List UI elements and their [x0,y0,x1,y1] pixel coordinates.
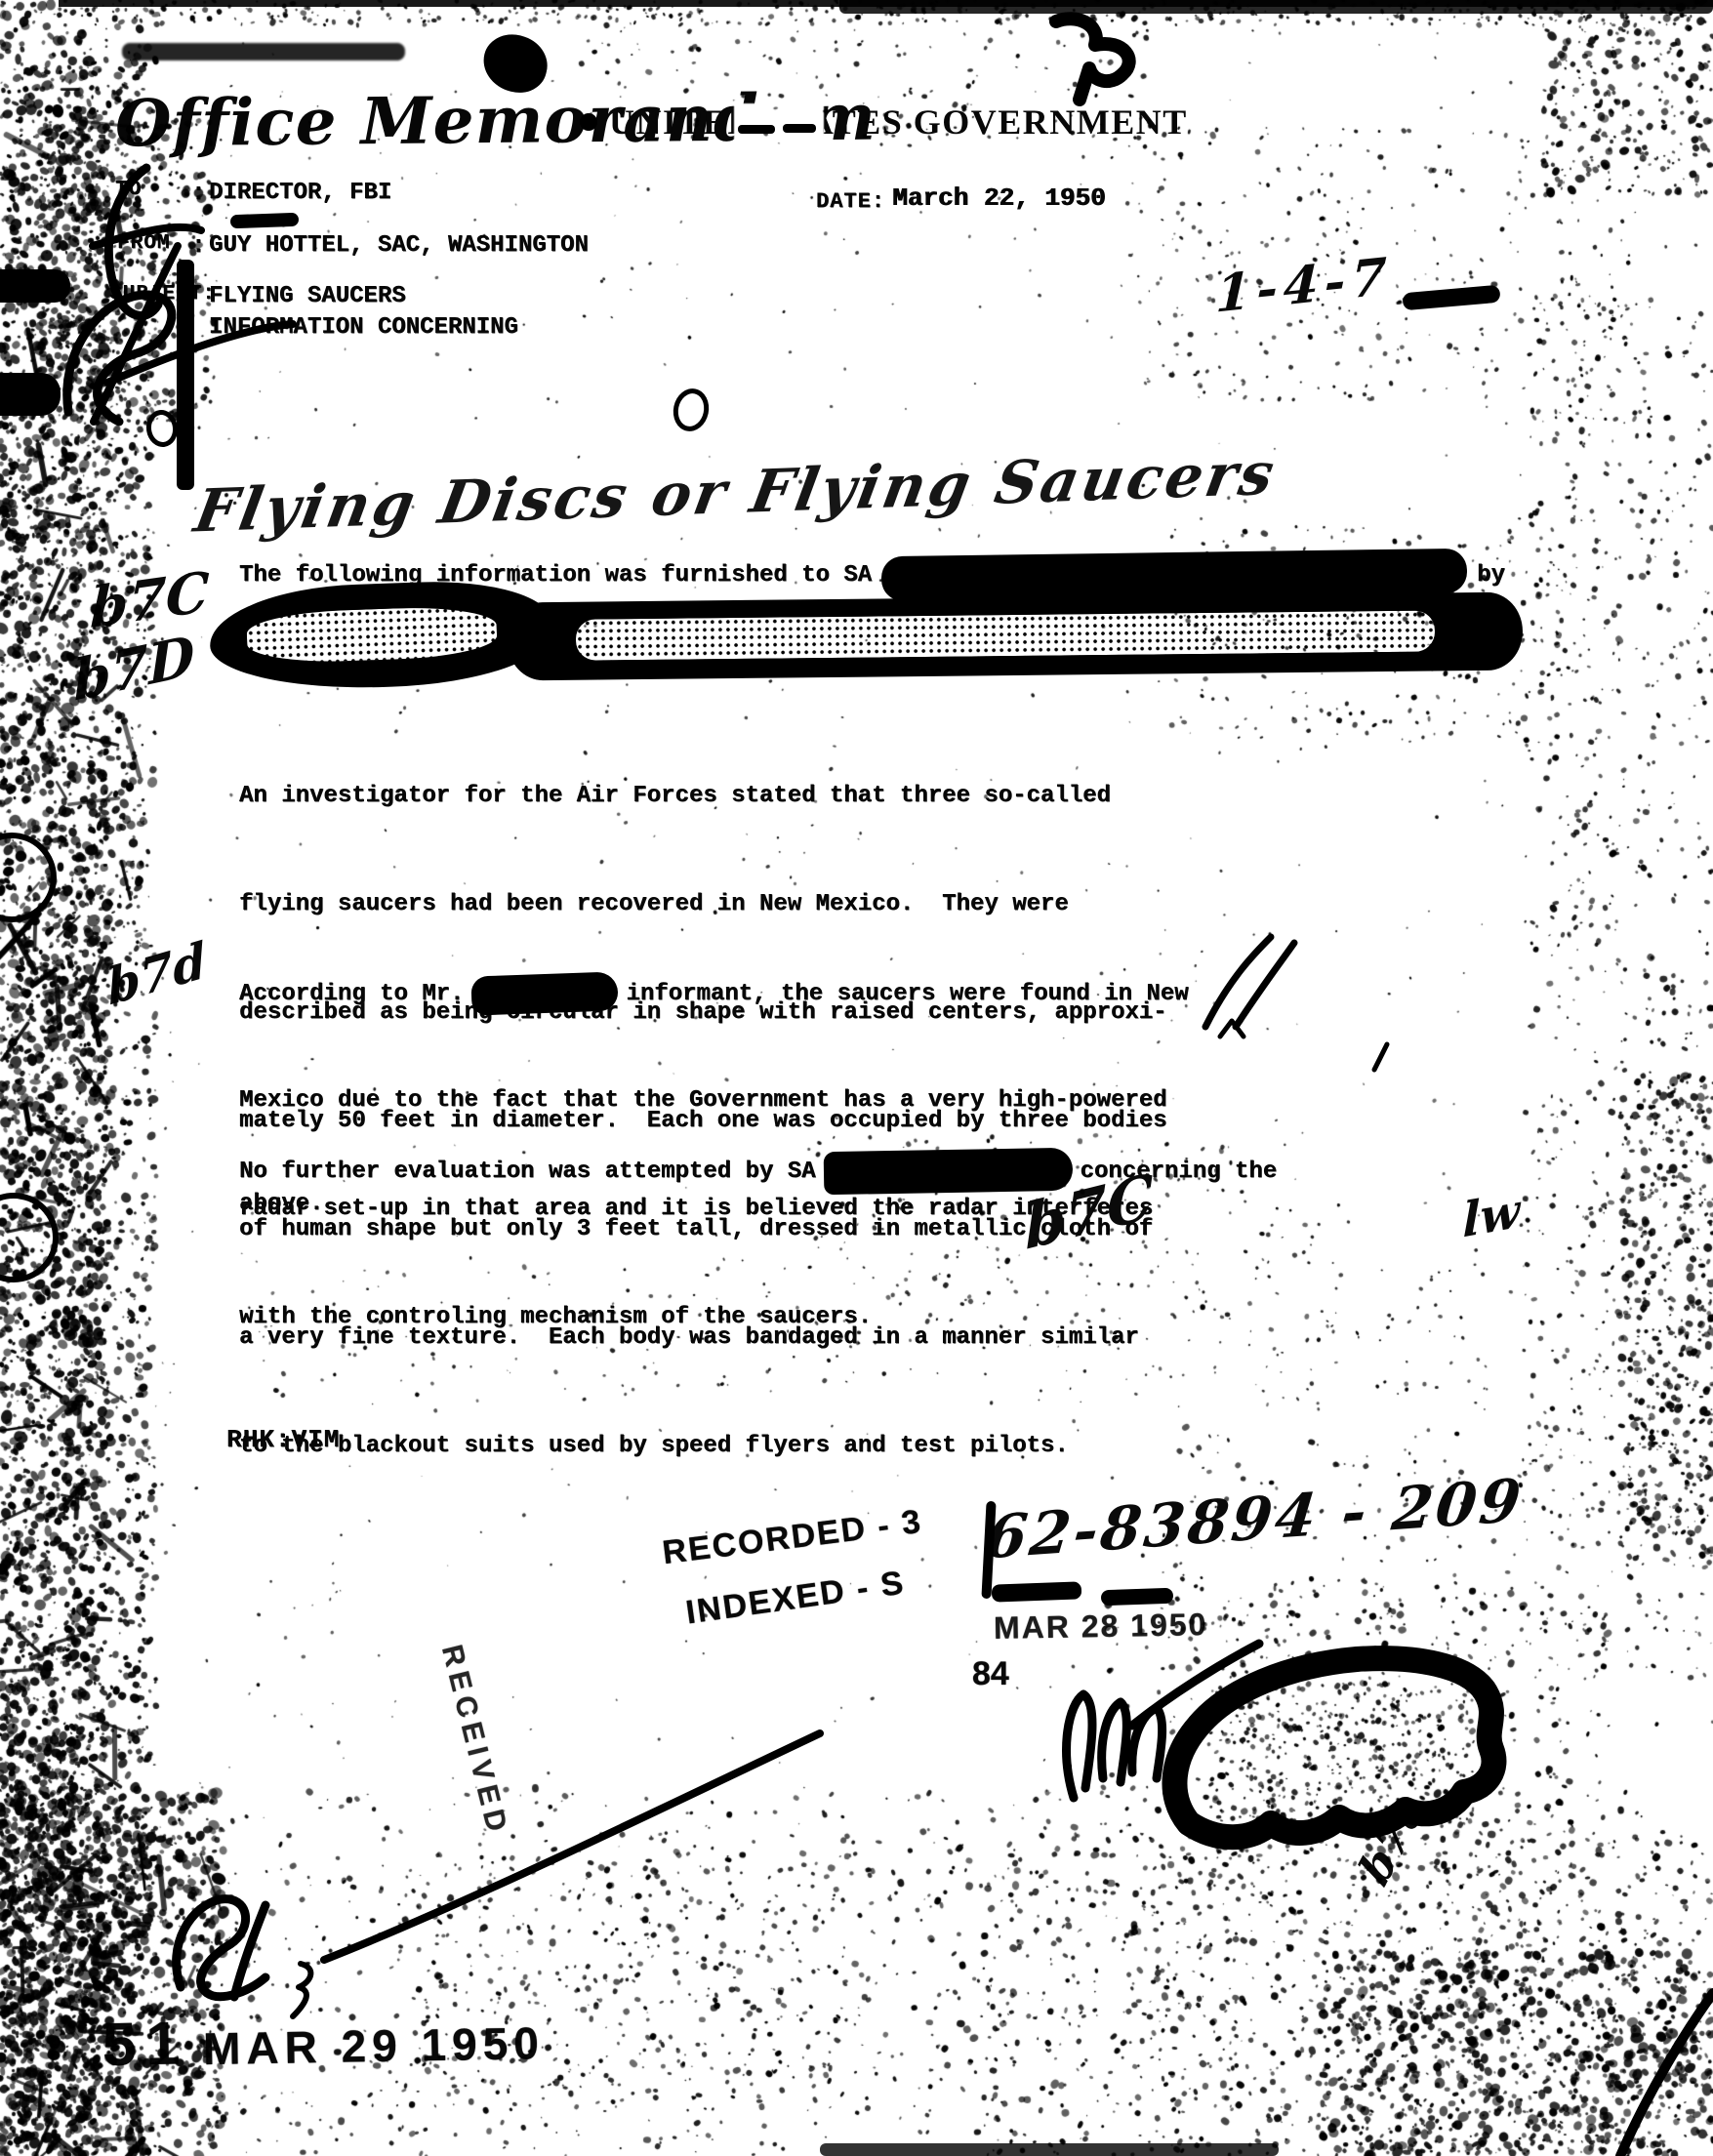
mar28-stamp: MAR 28 1950 [994,1607,1208,1647]
stray-o-mark-2 [144,408,181,449]
to-label: TO [115,179,142,201]
to-value: DIRECTOR, FBI [209,175,391,211]
date-label: DATE: [816,189,885,214]
director-underline [230,213,299,228]
stray-o-mark-1 [670,386,713,435]
blob-code-b7c: b7c [1349,1784,1434,1894]
from-label: FROM [117,232,170,255]
redaction-blob-left-core [246,605,498,665]
para2-before-redaction: According to Mr. [239,976,464,1012]
center-signature [1067,1694,1162,1798]
room-number: 84 [972,1655,1009,1693]
right-initials: lw [1462,1183,1520,1248]
insertion-caret [1220,1021,1244,1037]
smudge-dash-1 [738,125,775,134]
date-value: March 22, 1950 [892,183,1105,213]
redaction-blob-main-core [576,610,1435,660]
intro-text-after: by [1477,557,1505,593]
file-number-underline-2 [1101,1588,1174,1607]
subject-label: SUBJECT: [109,283,216,305]
believed-tick [1374,1044,1387,1070]
saucers-overwrite-scribble [1205,937,1294,1027]
from-value: GUY HOTTEL, SAC, WASHINGTON [209,227,589,264]
smudge-dash-2 [783,124,816,133]
redaction-blob-main [508,592,1524,681]
left-edge-blob-2 [0,373,61,416]
margin-vertical-bar [177,260,194,490]
para2-line4: with the controling mechanism of the sau… [239,1299,1167,1335]
bottom-right-streak [1620,1993,1713,2156]
top-ink-mark [1056,19,1129,100]
bottom-edge-fragment [820,2143,1279,2156]
para1-line2: flying saucers had been recovered in New… [239,886,1167,922]
date-annotation-dash [1402,285,1500,311]
margin-scribble-from-1 [67,295,172,422]
punch-hole-2 [0,1193,59,1282]
from-colon: : [191,228,205,264]
left-edge-blob-1 [0,269,70,303]
signature-upstroke [1132,1644,1259,1726]
form-number-smudge [122,43,405,61]
date-annotation: 1-4-7 [1214,246,1393,325]
para2-after-redaction: informant, the saucers were found in New [626,976,1188,1012]
bullet-icon [580,113,597,131]
subject-value-2: INFORMATION CONCERNING [209,309,518,346]
bottom-stamp-date: MAR 29 1950 [202,2007,545,2075]
typist-initials: RHK:VIM [226,1425,340,1454]
punch-hole-1 [0,833,57,922]
memo-page: Office Memorandum UNITED STATES GOVERNME… [0,0,1713,2156]
para1-line1: An investigator for the Air Forces state… [239,778,1167,814]
received-stamp: RECEIVED [434,1642,514,1841]
para3-before-redaction: No further evaluation was attempted by S… [239,1154,816,1190]
para3-line2: above. [239,1186,323,1222]
bottom-left-signature [177,1899,265,1997]
para2-line2: Mexico due to the fact that the Governme… [239,1082,1167,1119]
handwritten-title: Flying Discs or Flying Saucers [189,439,1282,546]
to-colon: : [191,176,205,212]
bottom-stamp-number: 51 [102,2009,189,2080]
top-edge-line-thick [839,0,1713,14]
outlined-redaction-blob [1174,1658,1493,1837]
margin-code-b7d-2: b7d [104,930,209,1016]
para1-line7: to the blackout suits used by speed flye… [239,1428,1167,1464]
file-number-underline-1 [992,1581,1082,1602]
indexed-stamp: INDEXED - S [683,1564,907,1632]
org-title: UNITED STATES GOVERNMENT [609,102,1188,142]
redaction-mr [471,971,619,1015]
long-pen-stroke [324,1733,820,1960]
